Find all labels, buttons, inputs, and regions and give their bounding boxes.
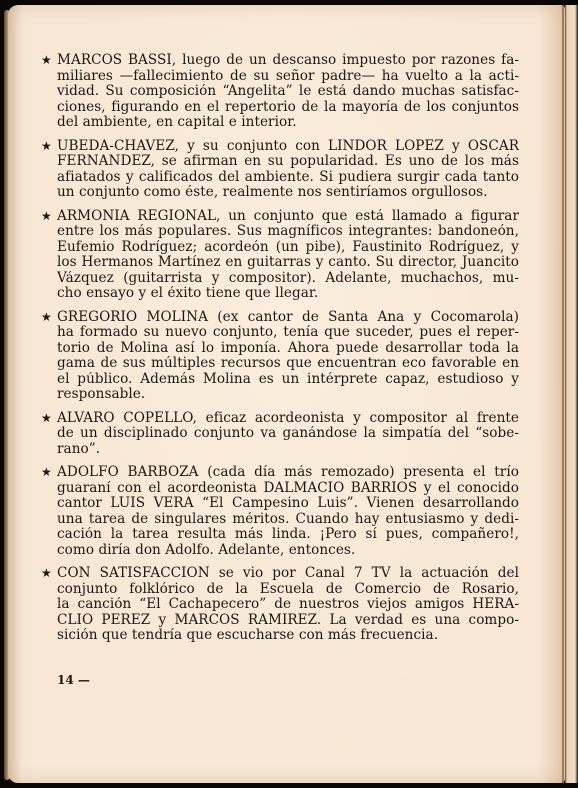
star-bullet-icon: ★ [41, 465, 52, 481]
text-line: cantor LUIS VERA “El Campesino Luis”. Vi… [57, 496, 519, 512]
text-line: cación la tarea resulta más linda. ¡Pero… [57, 527, 519, 543]
text-line: como diría don Adolfo. Adelante, entonce… [57, 543, 519, 559]
news-item-con-satisfaccion: ★ CON SATISFACCION se vio por Canal 7 TV… [57, 566, 519, 644]
star-bullet-icon: ★ [41, 566, 52, 582]
text-line: sición que tendría que escucharse con má… [57, 628, 519, 644]
text-line: el público. Además Molina es un intérpre… [57, 372, 519, 388]
text-line: CON SATISFACCION se vio por Canal 7 TV l… [57, 566, 519, 582]
star-bullet-icon: ★ [41, 310, 52, 326]
page-fold-line [562, 5, 564, 783]
text-line: MARCOS BASSI, luego de un descanso impue… [57, 53, 519, 69]
star-bullet-icon: ★ [41, 411, 52, 427]
text-line: Vázquez (guitarrista y compositor). Adel… [57, 271, 519, 287]
text-line: rano”. [57, 442, 519, 458]
text-line: cho ensayo y el éxito tiene que llegar. [57, 286, 519, 302]
news-item-marcos-bassi: ★ MARCOS BASSI, luego de un descanso imp… [57, 53, 519, 131]
text-line: del ambiente, en capital e interior. [57, 115, 519, 131]
text-line: la canción “El Cachapecero” de nuestros … [57, 597, 519, 613]
text-line: GREGORIO MOLINA (ex cantor de Santa Ana … [57, 310, 519, 326]
text-line: UBEDA-CHAVEZ, y su conjunto con LINDOR L… [57, 139, 519, 155]
text-line: responsable. [57, 387, 519, 403]
news-item-armonia-regional: ★ ARMONIA REGIONAL, un conjunto que está… [57, 209, 519, 302]
text-line: gama de sus múltiples recursos que encue… [57, 356, 519, 372]
text-line: FERNANDEZ, se afirman en su popularidad.… [57, 154, 519, 170]
next-page-edge [565, 5, 578, 783]
text-line: guaraní con el acordeonista DALMACIO BAR… [57, 481, 519, 497]
news-item-gregorio-molina: ★ GREGORIO MOLINA (ex cantor de Santa An… [57, 310, 519, 403]
text-line: ciones, figurando en el repertorio de la… [57, 100, 519, 116]
news-item-alvaro-copello: ★ ALVARO COPELLO, eficaz acordeonista y … [57, 411, 519, 458]
text-line: ARMONIA REGIONAL, un conjunto que está l… [57, 209, 519, 225]
text-line: de un disciplinado conjunto va ganándose… [57, 426, 519, 442]
text-line: CLIO PEREZ y MARCOS RAMIREZ. La verdad e… [57, 613, 519, 629]
text-line: un conjunto como éste, realmente nos sen… [57, 185, 519, 201]
news-item-ubeda-chavez: ★ UBEDA-CHAVEZ, y su conjunto con LINDOR… [57, 139, 519, 201]
text-line: ha formado su nuevo conjunto, tenía que … [57, 325, 519, 341]
article-body: ★ MARCOS BASSI, luego de un descanso imp… [57, 53, 519, 652]
star-bullet-icon: ★ [41, 209, 52, 225]
text-line: una tarea de singulares méritos. Cuando … [57, 512, 519, 528]
text-line: Eufemio Rodríguez; acordeón (un pibe), F… [57, 240, 519, 256]
text-line: afiatados y calificados del ambiente. Si… [57, 170, 519, 186]
star-bullet-icon: ★ [41, 53, 52, 69]
text-line: ADOLFO BARBOZA (cada día más remozado) p… [57, 465, 519, 481]
text-line: torio de Molina así lo imponía. Ahora pu… [57, 341, 519, 357]
text-line: ALVARO COPELLO, eficaz acordeonista y co… [57, 411, 519, 427]
text-line: conjunto folklórico de la Escuela de Com… [57, 582, 519, 598]
text-line: entre los más populares. Sus magníficos … [57, 224, 519, 240]
star-bullet-icon: ★ [41, 139, 52, 155]
text-line: los Hermanos Martínez en guitarras y can… [57, 255, 519, 271]
text-line: vidad. Su composición “Angelita” le está… [57, 84, 519, 100]
text-line: miliares —fallecimiento de su señor padr… [57, 69, 519, 85]
news-item-adolfo-barboza: ★ ADOLFO BARBOZA (cada día más remozado)… [57, 465, 519, 558]
page-number: 14 — [57, 673, 90, 687]
